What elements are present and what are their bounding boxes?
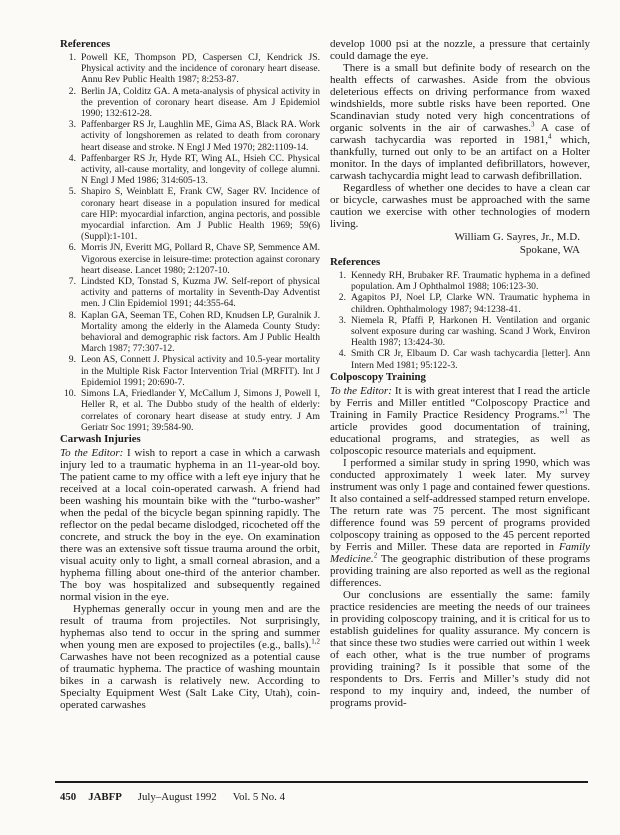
footer-volume: Vol. 5 No. 4: [233, 791, 285, 803]
reference-list-left: 1.Powell KE, Thompson PD, Caspersen CJ, …: [60, 52, 320, 433]
reference-number: 3.: [60, 119, 81, 153]
reference-item: 10.Simons LA, Friedlander Y, McCallum J,…: [60, 388, 320, 433]
reference-text: Shapiro S, Weinblatt E, Frank CW, Sager …: [81, 186, 320, 242]
carwash-paragraph-3: There is a small but definite body of re…: [330, 62, 590, 182]
reference-number: 6.: [60, 242, 81, 276]
reference-text: Paffenbarger RS Jr, Hyde RT, Wing AL, Hs…: [81, 153, 320, 187]
carwash-injuries-heading: Carwash Injuries: [60, 433, 320, 445]
reference-text: Kaplan GA, Seeman TE, Cohen RD, Knudsen …: [81, 310, 320, 355]
reference-text: Smith CR Jr, Elbaum D. Car wash tachycar…: [351, 348, 590, 370]
reference-text: Paffenbarger RS Jr, Laughlin ME, Gima AS…: [81, 119, 320, 153]
letter-signature: William G. Sayres, Jr., M.D. Spokane, WA: [330, 231, 590, 256]
carwash-paragraph-4: Regardless of whether one decides to hav…: [330, 182, 590, 230]
reference-item: 4.Smith CR Jr, Elbaum D. Car wash tachyc…: [330, 348, 590, 370]
reference-text: Berlin JA, Colditz GA. A meta-analysis o…: [81, 86, 320, 120]
reference-number: 5.: [60, 186, 81, 242]
reference-number: 4.: [60, 153, 81, 187]
reference-list-right: 1.Kennedy RH, Brubaker RF. Traumatic hyp…: [330, 270, 590, 371]
paragraph-text: Carwashes have not been recognized as a …: [60, 651, 320, 711]
colposcopy-paragraph-3: Our conclusions are essentially the same…: [330, 589, 590, 709]
reference-item: 3.Niemela R, Pfaffi P, Harkonen H. Venti…: [330, 315, 590, 349]
page-footer: 450JABFPJuly–August 1992Vol. 5 No. 4: [60, 791, 285, 803]
reference-number: 4.: [330, 348, 351, 370]
reference-number: 9.: [60, 354, 81, 388]
reference-item: 6.Morris JN, Everitt MG, Pollard R, Chav…: [60, 242, 320, 276]
colposcopy-training-heading: Colposcopy Training: [330, 371, 590, 383]
page-content: References 1.Powell KE, Thompson PD, Cas…: [60, 38, 590, 711]
reference-item: 1.Powell KE, Thompson PD, Caspersen CJ, …: [60, 52, 320, 86]
reference-item: 2.Berlin JA, Colditz GA. A meta-analysis…: [60, 86, 320, 120]
reference-text: Niemela R, Pfaffi P, Harkonen H. Ventila…: [351, 315, 590, 349]
reference-number: 1.: [330, 270, 351, 292]
reference-text: Agapitos PJ, Noel LP, Clarke WN. Traumat…: [351, 292, 590, 314]
right-column: develop 1000 psi at the nozzle, a pressu…: [330, 38, 590, 711]
reference-item: 1.Kennedy RH, Brubaker RF. Traumatic hyp…: [330, 270, 590, 292]
reference-item: 5.Shapiro S, Weinblatt E, Frank CW, Sage…: [60, 186, 320, 242]
citation-superscript: 1,2: [311, 637, 320, 645]
paragraph-text: Hyphemas generally occur in young men an…: [60, 603, 320, 651]
signature-name: William G. Sayres, Jr., M.D.: [330, 231, 580, 244]
salutation: To the Editor:: [60, 447, 123, 459]
carwash-paragraph-2: Hyphemas generally occur in young men an…: [60, 603, 320, 711]
reference-number: 1.: [60, 52, 81, 86]
reference-item: 4.Paffenbarger RS Jr, Hyde RT, Wing AL, …: [60, 153, 320, 187]
salutation: To the Editor:: [330, 385, 392, 397]
carwash-continuation-paragraph: develop 1000 psi at the nozzle, a pressu…: [330, 38, 590, 62]
paragraph-text: I performed a similar study in spring 19…: [330, 457, 590, 553]
reference-number: 3.: [330, 315, 351, 349]
signature-location: Spokane, WA: [330, 244, 580, 257]
reference-text: Simons LA, Friedlander Y, McCallum J, Si…: [81, 388, 320, 433]
reference-number: 7.: [60, 276, 81, 310]
reference-text: Powell KE, Thompson PD, Caspersen CJ, Ke…: [81, 52, 320, 86]
reference-item: 7.Lindsted KD, Tonstad S, Kuzma JW. Self…: [60, 276, 320, 310]
reference-item: 8.Kaplan GA, Seeman TE, Cohen RD, Knudse…: [60, 310, 320, 355]
colposcopy-paragraph-1: To the Editor: It is with great interest…: [330, 385, 590, 457]
left-column: References 1.Powell KE, Thompson PD, Cas…: [60, 38, 320, 711]
footer-journal-abbrev: JABFP: [88, 791, 122, 803]
carwash-paragraph-1: To the Editor: I wish to report a case i…: [60, 447, 320, 603]
reference-text: Morris JN, Everitt MG, Pollard R, Chave …: [81, 242, 320, 276]
reference-item: 9.Leon AS, Connett J. Physical activity …: [60, 354, 320, 388]
reference-item: 3.Paffenbarger RS Jr, Laughlin ME, Gima …: [60, 119, 320, 153]
paragraph-text: I wish to report a case in which a carwa…: [60, 447, 320, 603]
footer-page-number: 450: [60, 791, 76, 803]
colposcopy-paragraph-2: I performed a similar study in spring 19…: [330, 457, 590, 589]
reference-number: 2.: [60, 86, 81, 120]
footer-rule: [55, 781, 588, 783]
reference-number: 10.: [60, 388, 81, 433]
reference-text: Kennedy RH, Brubaker RF. Traumatic hyphe…: [351, 270, 590, 292]
reference-number: 8.: [60, 310, 81, 355]
references-heading-right: References: [330, 256, 590, 268]
reference-number: 2.: [330, 292, 351, 314]
journal-page: References 1.Powell KE, Thompson PD, Cas…: [0, 0, 620, 835]
footer-issue: July–August 1992: [138, 791, 217, 803]
references-heading-left: References: [60, 38, 320, 50]
reference-text: Leon AS, Connett J. Physical activity an…: [81, 354, 320, 388]
reference-text: Lindsted KD, Tonstad S, Kuzma JW. Self-r…: [81, 276, 320, 310]
reference-item: 2.Agapitos PJ, Noel LP, Clarke WN. Traum…: [330, 292, 590, 314]
